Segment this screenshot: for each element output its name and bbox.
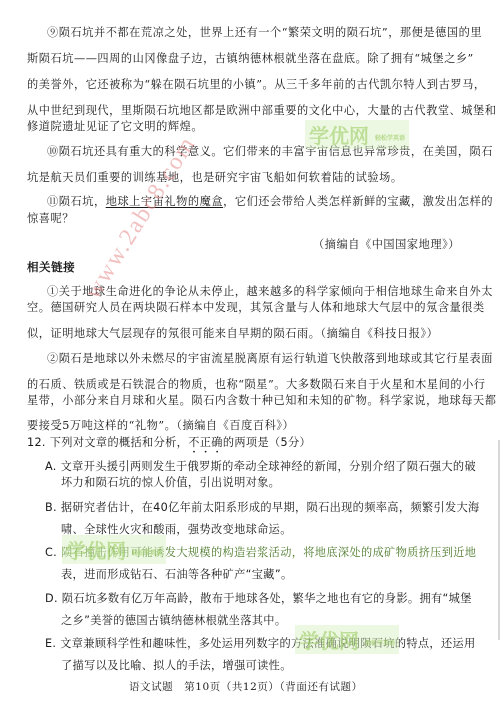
option-e-label: E. xyxy=(45,637,56,650)
logo-subtext: 轻松学英语 xyxy=(375,135,405,142)
option-a: A. 文章开头援引两则发生于俄罗斯的牵动全球神经的新闻，分别介绍了陨石强大的破 xyxy=(45,460,476,474)
option-b-line-1: 据研究者估计，在40亿年前太阳系形成的早期，陨石出现的频率高，频繁引发大海 xyxy=(61,501,480,514)
p9-line-5: 修道院遗址见证了它文明的辉煌。 xyxy=(27,120,203,134)
related-2-line-3: 星带，小部分来自月球和火星。陨石内含数十种已知和未知的矿物。科学家说，地球每天都 xyxy=(27,394,497,408)
question-number: 12. xyxy=(27,436,46,449)
p11-prefix: ⑪陨石坑， xyxy=(47,195,106,208)
option-a-label: A. xyxy=(45,460,57,473)
option-d-line-2: 之乡”美誉的德国古镇纳德林根就坐落其中。 xyxy=(61,614,286,628)
option-b-label: B. xyxy=(45,501,57,514)
logo-subtext: 轻松学英语 xyxy=(132,550,162,557)
option-e-line-2: 了描写以及比喻、拟人的手法，增强可读性。 xyxy=(61,659,292,673)
p9-line-3: 的美誉外，它还被称为“躲在陨石坑里的小镇”。从三千多年前的古代凯尔特人到古罗马， xyxy=(27,78,486,92)
option-b: B. 据研究者估计，在40亿年前太阳系形成的早期，陨石出现的频率高，频繁引发大海 xyxy=(45,501,480,515)
option-d: D. 陨石坑多数有亿万年高龄，散布于地球各处，繁华之地也有它的身影。拥有“城堡 xyxy=(45,592,472,606)
option-e: E. 文章兼顾科学性和趣味性，多处运用列数字的方法准确说明陨石坑的特点，还运用 xyxy=(45,637,476,651)
p9-line-2: 斯陨石坑——四周的山冈像盘子边，古镇纳德林根就坐落在盘底。除了拥有“城堡之乡” xyxy=(27,52,474,66)
logo-text: 学优网 xyxy=(66,539,126,563)
p11-suffix: ，它们还会带给人类怎样新鲜的宝藏，激发出怎样的 xyxy=(223,195,493,208)
p11-line-2: 惊喜呢？ xyxy=(27,212,74,226)
exam-page: ⑨陨石坑并不都在荒凉之处，世界上还有一个“繁荣文明的陨石坑”，那便是德国的里 斯… xyxy=(0,0,500,716)
option-c-label: C. xyxy=(45,546,57,559)
related-1-line-1: ①关于地球生命进化的争论从未停止，越来越多的科学家倾向于相信地球生命来自外太 xyxy=(47,285,493,299)
p10-line-1: ⑩陨石坑还具有重大的科学意义。它们带来的丰富宇宙信息也异常珍贵，在美国，陨石 xyxy=(47,145,493,159)
related-2-line-1: ②陨石是地球以外未燃尽的宇宙流星脱离原有运行轨道飞快散落到地球或其它行星表面 xyxy=(47,352,493,366)
p11-line-1: ⑪陨石坑，地球上宇宙礼物的魔盒，它们还会带给人类怎样新鲜的宝藏，激发出怎样的 xyxy=(47,195,493,209)
passage-source: （摘编自《中国国家地理》） xyxy=(313,238,460,252)
related-1-line-2: 空。德国研究人员在两块陨石样本中发现，其氖含量与人体和地球大气层中的氖含量很类 xyxy=(27,301,485,315)
related-1-line-3: 似，证明地球大气层现存的氖很可能来自早期的陨石雨。（摘编自《科技日报》） xyxy=(27,327,438,341)
logo-watermark-bottom: 学优网轻松学英语 xyxy=(295,625,399,654)
logo-text: 学优网 xyxy=(309,124,369,148)
question-12-stem: 12. 下列对文章的概括和分析，不正确的两项是（5分） xyxy=(27,436,311,456)
p10-line-2: 坑是航天员们重要的训练基地，也是研究宇宙飞船如何软着陆的试验场。 xyxy=(27,171,403,185)
logo-watermark-mid: 学优网轻松学英语 xyxy=(62,535,166,564)
page-footer: 语文试题 第10页（共12页）（背面还有试题） xyxy=(129,680,363,694)
option-a-line-2: 坏力和陨石坑的惊人价值，引出说明对象。 xyxy=(61,476,280,490)
logo-subtext: 轻松学英语 xyxy=(365,640,395,647)
option-d-line-1: 陨石坑多数有亿万年高龄，散布于地球各处，繁华之地也有它的身影。拥有“城堡 xyxy=(62,592,472,605)
related-links-heading: 相关链接 xyxy=(27,260,75,274)
related-2-line-2: 的石质、铁质或是石铁混合的物质，也称“陨星”。大多数陨石来自于火星和木星间的小行 xyxy=(27,378,486,392)
option-e-line-1: 文章兼顾科学性和趣味性，多处运用列数字的方法准确说明陨石坑的特点，还运用 xyxy=(60,637,475,650)
p9-line-1: ⑨陨石坑并不都在荒凉之处，世界上还有一个“繁荣文明的陨石坑”，那便是德国的里 xyxy=(47,26,482,40)
p9-line-4: 从中世纪到现代，里斯陨石坑地区都是欧洲中部重要的文化中心，大量的古代教堂、城堡和 xyxy=(27,104,497,118)
stem-before: 下列对文章的概括和分析， xyxy=(50,436,188,449)
logo-text: 学优网 xyxy=(299,629,359,653)
logo-watermark-top: 学优网轻松学英语 xyxy=(305,120,409,149)
option-c-line-2: 表，进而形成钻石、石油等各种矿产“宝藏”。 xyxy=(61,568,293,582)
option-d-label: D. xyxy=(45,592,58,605)
related-2-line-4: 要接受5万吨这样的“礼物”。（摘编自《百度百科》） xyxy=(27,419,294,433)
stem-after: 的两项是（5分） xyxy=(223,436,311,449)
option-a-line-1: 文章开头援引两则发生于俄罗斯的牵动全球神经的新闻，分别介绍了陨石强大的破 xyxy=(61,460,476,473)
stem-emphasis: 不正确 xyxy=(188,436,223,449)
